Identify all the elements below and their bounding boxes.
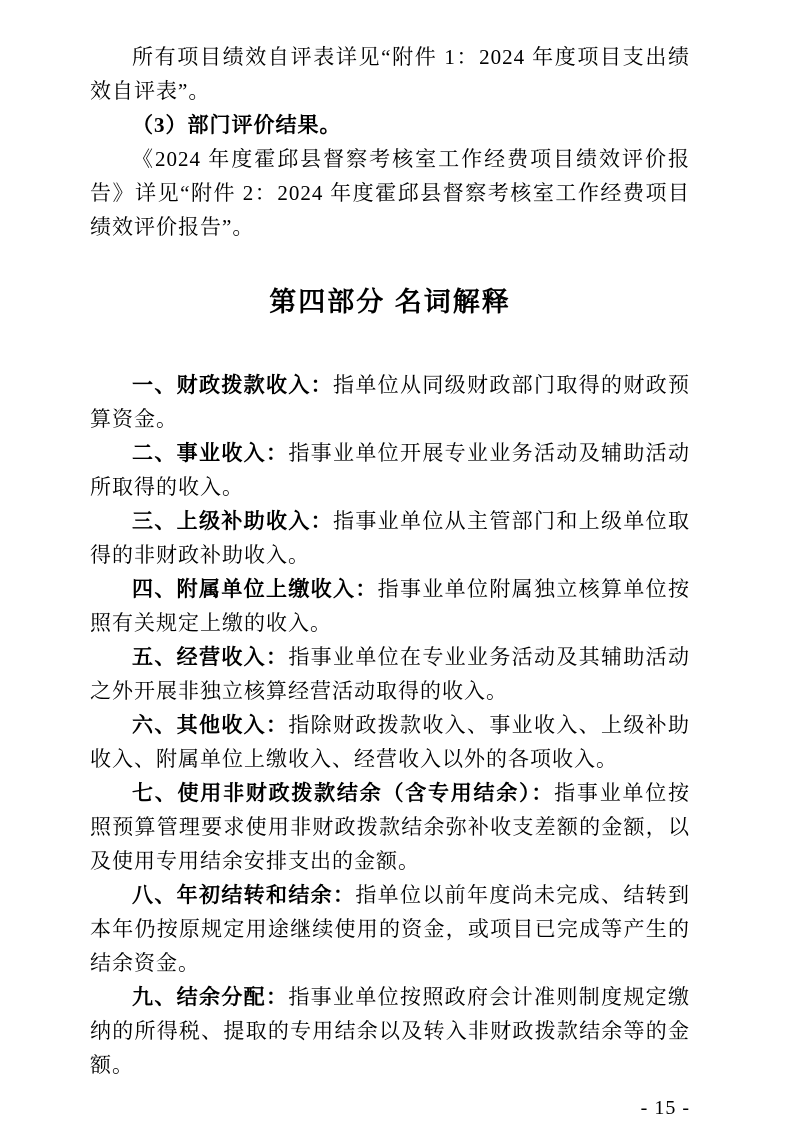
definition-term: 二、事业收入：	[132, 441, 288, 465]
definition-item-5: 五、经营收入：指事业单位在专业业务活动及其辅助活动之外开展非独立核算经营活动取得…	[90, 640, 690, 708]
definition-item-3: 三、上级补助收入：指事业单位从主管部门和上级单位取得的非财政补助收入。	[90, 504, 690, 572]
section-heading-part4-glossary: 第四部分 名词解释	[90, 282, 690, 322]
definition-term: 五、经营收入：	[132, 645, 288, 669]
glossary-definitions-list: 一、财政拨款收入：指单位从同级财政部门取得的财政预算资金。 二、事业收入：指事业…	[90, 368, 690, 1082]
definition-term: 四、附属单位上缴收入：	[132, 577, 378, 601]
definition-item-7: 七、使用非财政拨款结余（含专用结余）：指事业单位按照预算管理要求使用非财政拨款结…	[90, 776, 690, 878]
page-number: - 15 -	[90, 1097, 690, 1119]
document-page: 所有项目绩效自评表详见“附件 1：2024 年度项目支出绩效自评表”。 （3）部…	[0, 0, 793, 1122]
paragraph-dept-evaluation-report: 《2024 年度霍邱县督察考核室工作经费项目绩效评价报告》详见“附件 2：202…	[90, 142, 690, 244]
definition-item-4: 四、附属单位上缴收入：指事业单位附属独立核算单位按照有关规定上缴的收入。	[90, 572, 690, 640]
paragraph-self-eval-attachment: 所有项目绩效自评表详见“附件 1：2024 年度项目支出绩效自评表”。	[90, 40, 690, 108]
definition-term: 八、年初结转和结余：	[132, 883, 355, 907]
definition-term: 一、财政拨款收入：	[132, 373, 333, 397]
definition-term: 三、上级补助收入：	[132, 509, 333, 533]
definition-item-6: 六、其他收入：指除财政拨款收入、事业收入、上级补助收入、附属单位上缴收入、经营收…	[90, 708, 690, 776]
definition-item-1: 一、财政拨款收入：指单位从同级财政部门取得的财政预算资金。	[90, 368, 690, 436]
definition-item-9: 九、结余分配：指事业单位按照政府会计准则制度规定缴纳的所得税、提取的专用结余以及…	[90, 980, 690, 1082]
paragraph-dept-evaluation-result-heading: （3）部门评价结果。	[90, 108, 690, 142]
definition-item-2: 二、事业收入：指事业单位开展专业业务活动及辅助活动所取得的收入。	[90, 436, 690, 504]
definition-term: 七、使用非财政拨款结余（含专用结余）：	[132, 781, 554, 805]
definition-item-8: 八、年初结转和结余：指单位以前年度尚未完成、结转到本年仍按原规定用途继续使用的资…	[90, 878, 690, 980]
definition-term: 九、结余分配：	[132, 985, 288, 1009]
definition-term: 六、其他收入：	[132, 713, 288, 737]
